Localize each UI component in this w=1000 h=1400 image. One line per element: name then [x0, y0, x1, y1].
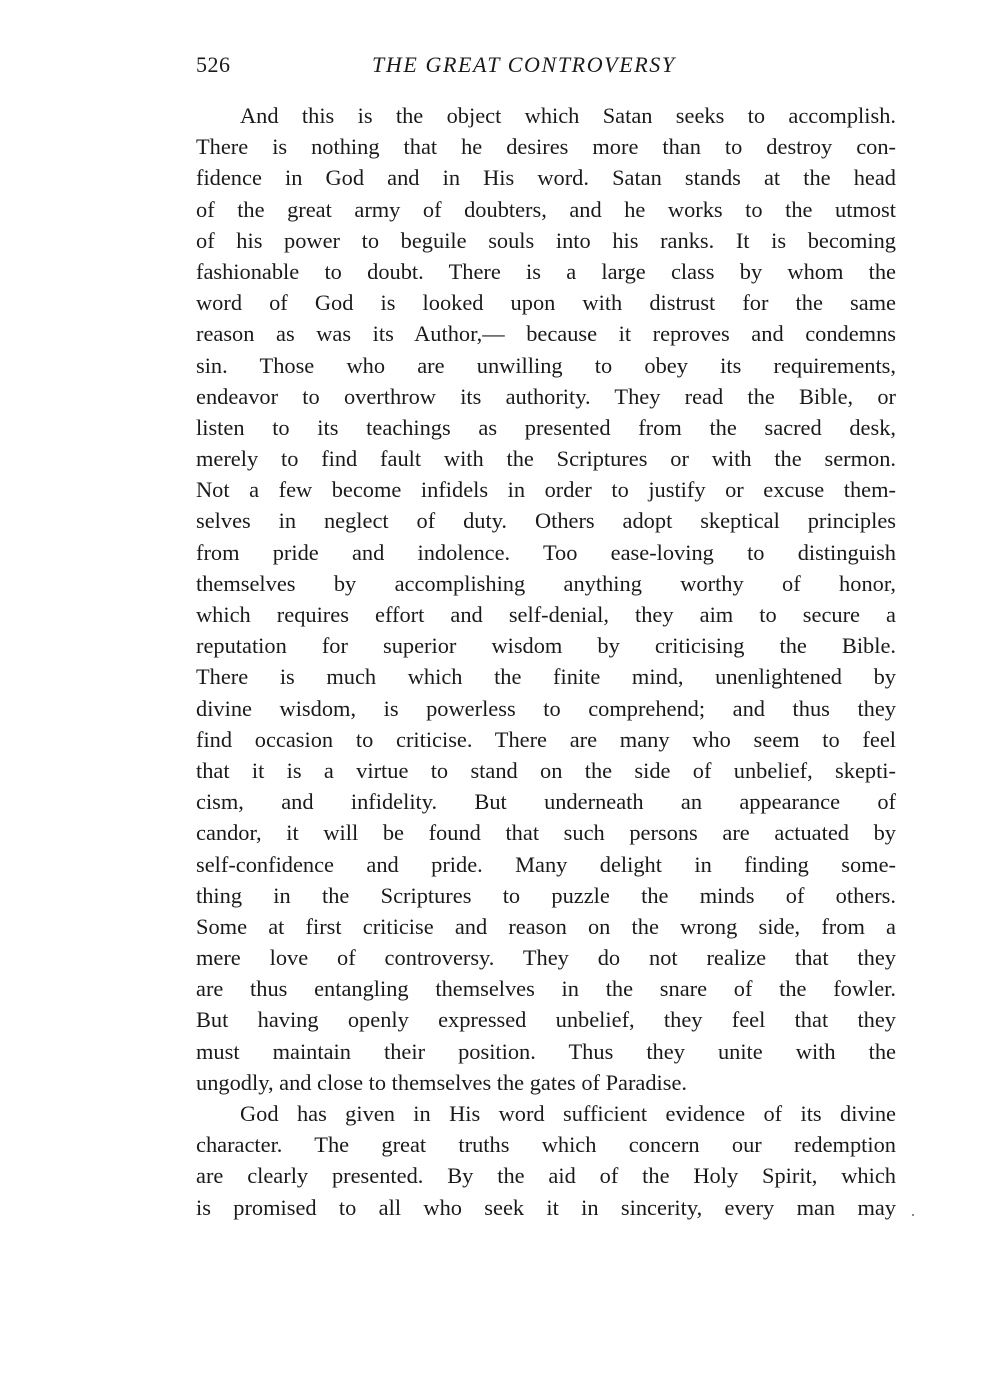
text-line: character. The great truths which concer… — [196, 1129, 896, 1160]
book-page: 526 THE GREAT CONTROVERSY And this is th… — [0, 0, 1000, 1400]
paragraph-2: God has given in His word sufficient evi… — [196, 1098, 896, 1223]
text-line: There is nothing that he desires more th… — [196, 131, 896, 162]
text-line: mere love of controversy. They do not re… — [196, 942, 896, 973]
text-line: reputation for superior wisdom by critic… — [196, 630, 896, 661]
text-line: are thus entangling themselves in the sn… — [196, 973, 896, 1004]
text-line: And this is the object which Satan seeks… — [196, 100, 896, 131]
text-line: God has given in His word sufficient evi… — [196, 1098, 896, 1129]
text-line: of his power to beguile souls into his r… — [196, 225, 896, 256]
text-line: of the great army of doubters, and he wo… — [196, 194, 896, 225]
text-line: reason as was its Author,— because it re… — [196, 318, 896, 349]
text-line: must maintain their position. Thus they … — [196, 1036, 896, 1067]
text-line: find occasion to criticise. There are ma… — [196, 724, 896, 755]
text-line: word of God is looked upon with distrust… — [196, 287, 896, 318]
running-head: 526 THE GREAT CONTROVERSY — [196, 48, 896, 82]
running-title: THE GREAT CONTROVERSY — [372, 48, 676, 82]
paragraph-1: And this is the object which Satan seeks… — [196, 100, 896, 1098]
text-line: ungodly, and close to themselves the gat… — [196, 1067, 896, 1098]
page-number: 526 — [196, 48, 231, 82]
text-line: Some at first criticise and reason on th… — [196, 911, 896, 942]
text-line: endeavor to overthrow its authority. The… — [196, 381, 896, 412]
text-line: Not a few become infidels in order to ju… — [196, 474, 896, 505]
text-line: listen to its teachings as presented fro… — [196, 412, 896, 443]
text-line: But having openly expressed unbelief, th… — [196, 1004, 896, 1035]
text-line: from pride and indolence. Too ease-lovin… — [196, 537, 896, 568]
text-line: are clearly presented. By the aid of the… — [196, 1160, 896, 1191]
text-line: fashionable to doubt. There is a large c… — [196, 256, 896, 287]
text-line: sin. Those who are unwilling to obey its… — [196, 350, 896, 381]
text-line: cism, and infidelity. But underneath an … — [196, 786, 896, 817]
scan-speck — [912, 1214, 914, 1216]
text-line: fidence in God and in His word. Satan st… — [196, 162, 896, 193]
text-line: thing in the Scriptures to puzzle the mi… — [196, 880, 896, 911]
text-line: merely to find fault with the Scriptures… — [196, 443, 896, 474]
text-line: There is much which the finite mind, une… — [196, 661, 896, 692]
text-line: selves in neglect of duty. Others adopt … — [196, 505, 896, 536]
text-line: which requires effort and self-denial, t… — [196, 599, 896, 630]
text-line: is promised to all who seek it in sincer… — [196, 1192, 896, 1223]
text-line: candor, it will be found that such perso… — [196, 817, 896, 848]
text-line: themselves by accomplishing anything wor… — [196, 568, 896, 599]
text-line: self-confidence and pride. Many delight … — [196, 849, 896, 880]
body-text: And this is the object which Satan seeks… — [196, 100, 896, 1223]
text-line: that it is a virtue to stand on the side… — [196, 755, 896, 786]
text-line: divine wisdom, is powerless to comprehen… — [196, 693, 896, 724]
